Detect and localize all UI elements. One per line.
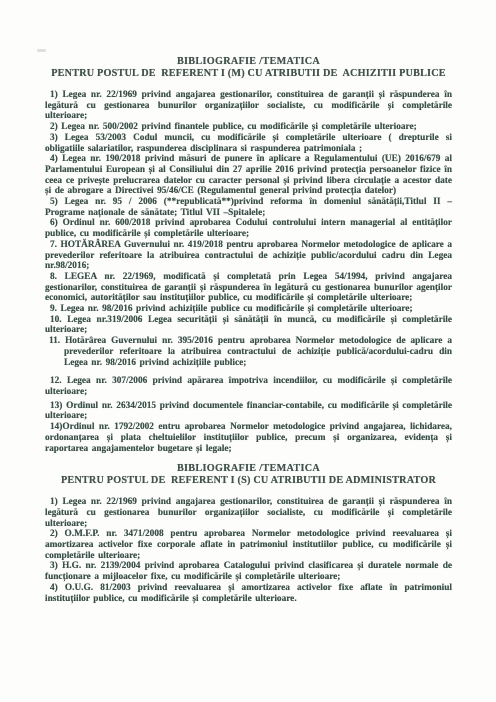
document-page: BIBLIOGRAFIE /TEMATICA PENTRU POSTUL DE …	[0, 0, 496, 702]
bibliography2-item-4: 4) O.U.G. 81/2003 privind reevaluarea și…	[45, 583, 452, 604]
bibliography-item-11: 11. Hotărârea Guvernului nr. 395/2016 pe…	[45, 336, 452, 368]
section2-subtitle: PENTRU POSTUL DE REFERENT I (S) CU ATRIB…	[45, 475, 452, 486]
section2-title: BIBLIOGRAFIE /TEMATICA	[45, 463, 452, 474]
bibliography-item-6: 6) Ordinul nr. 600/2018 privind aprobare…	[45, 218, 452, 239]
section1-subtitle: PENTRU POSTUL DE REFERENT I (M) CU ATRIB…	[45, 68, 452, 79]
bibliography-item-12: 12. Legea nr. 307/2006 privind apărarea …	[45, 376, 452, 397]
section1-items: 1) Legea nr. 22/1969 privind angajarea g…	[45, 90, 452, 454]
bibliography-item-10: 10. Legea nr.319/2006 Legea securității …	[45, 315, 452, 336]
section1-title: BIBLIOGRAFIE /TEMATICA	[45, 56, 452, 67]
bibliography-item-4: 4) Legea nr. 190/2018 privind măsuri de …	[45, 154, 452, 197]
bibliography2-item-3: 3) H.G. nr. 2139/2004 privind aprobarea …	[45, 561, 452, 582]
bibliography-item-13: 13) Ordinul nr. 2634/2015 privind docume…	[45, 401, 452, 422]
section2-items: 1) Legea nr. 22/1969 privind angajarea g…	[45, 497, 452, 604]
bibliography-item-9: 9. Legea nr. 98/2016 privind achizițiile…	[45, 304, 452, 315]
bibliography2-item-1: 1) Legea nr. 22/1969 privind angajarea g…	[45, 497, 452, 529]
section2-header: BIBLIOGRAFIE /TEMATICA PENTRU POSTUL DE …	[45, 463, 452, 486]
bibliography-item-1: 1) Legea nr. 22/1969 privind angajarea g…	[45, 90, 452, 122]
bibliography-item-5: 5) Legea nr. 95 / 2006 (**republicată**)…	[45, 197, 452, 218]
bibliography-item-8: 8. LEGEA nr. 22/1969, modificată și comp…	[45, 272, 452, 304]
scan-smudge	[37, 49, 46, 52]
bibliography-item-7: 7. HOTĂRÂREA Guvernului nr. 419/2018 pen…	[45, 240, 452, 272]
document-content: BIBLIOGRAFIE /TEMATICA PENTRU POSTUL DE …	[0, 0, 496, 604]
bibliography-item-2: 2) Legea nr. 500/2002 privind finantele …	[45, 122, 452, 133]
bibliography-item-14: 14)Ordinul nr. 1792/2002 entru aprobarea…	[45, 422, 452, 454]
bibliography2-item-2: 2) O.M.F.P. nr. 3471/2008 pentru aprobar…	[45, 529, 452, 561]
bibliography-item-3: 3) Legea 53/2003 Codul muncii, cu modifi…	[45, 133, 452, 154]
